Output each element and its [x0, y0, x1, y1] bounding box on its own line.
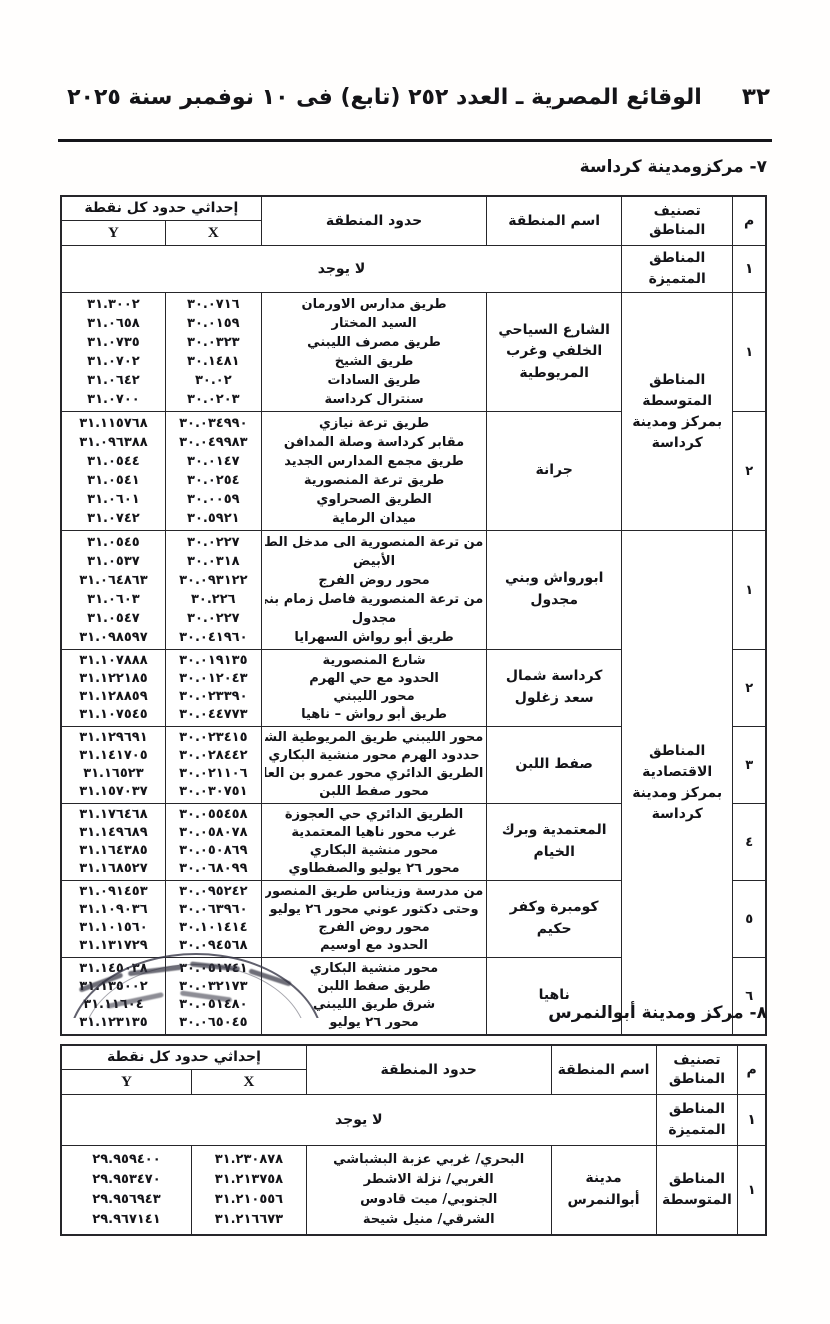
x-value: ٣٠.٠٣١٨ [169, 552, 258, 571]
row-number-cell: ١ [738, 1095, 766, 1146]
border-line: طريق مجمع المدارس الجديد [265, 452, 484, 471]
borders-cell: محور الليبني طريق المريوطية الشرقيحددود … [261, 727, 487, 804]
border-line: الجنوبي/ ميت قادوس [310, 1190, 548, 1210]
x-value: ٣٠.٠٥٨٠٧٨ [169, 824, 258, 842]
y-coordinates-cell: ٢٩.٩٥٩٤٠٠٢٩.٩٥٣٤٧٠٢٩.٩٥٦٩٤٣٢٩.٩٦٧١٤١ [61, 1146, 191, 1236]
borders-header: حدود المنطقة [306, 1045, 551, 1095]
x-value: ٣٠.١٤٨١ [169, 352, 258, 371]
y-value: ٣١.٠٥٤١ [65, 471, 162, 490]
coords-header: إحداثي حدود كل نقطة [61, 196, 261, 220]
table-row: ١المناطق المتوسطةمدينة أبوالنمرسالبحري/ … [61, 1146, 766, 1236]
y-value: ٣١.١٦٥٢٣ [65, 765, 162, 783]
borders-cell: من ترعة المنصورية الى مدخل الطريقالأبيضم… [261, 531, 487, 650]
y-value: ٣١.١٥٧٠٣٧ [65, 783, 162, 801]
row-number-cell: ١ [738, 1146, 766, 1236]
x-value: ٣٠.٠٣٤٩٩٠ [169, 414, 258, 433]
x-value: ٣٠.٢٢٦ [169, 590, 258, 609]
x-value: ٣٠.٥٩٢١ [169, 509, 258, 528]
table-row: ١المناطق المتميزةلا يوجد [61, 246, 766, 293]
y-value: ٣١.٠٦٤٢ [65, 371, 162, 390]
y-value: ٣١.٠٥٤٥ [65, 533, 162, 552]
x-value: ٣١.٢١٣٧٥٨ [195, 1170, 303, 1190]
x-coordinates-cell: ٣٠.٠٢٣٤١٥٣٠.٠٢٨٤٤٢٣٠.٠٢١١٠٦٣٠.٠٣٠٧٥١ [165, 727, 261, 804]
y-value: ٢٩.٩٥٣٤٧٠ [65, 1170, 188, 1190]
y-coordinates-cell: ٣١.١١٥٧٦٨٣١.٠٩٦٣٨٨٣١.٠٥٤٤٣١.٠٥٤١٣١.٠٦٠١٣… [61, 412, 165, 531]
x-coordinates-cell: ٣٠.٠٢٢٧٣٠.٠٣١٨٣٠.٠٩٣١٢٢٣٠.٢٢٦٣٠.٠٢٢٧٣٠.٠… [165, 531, 261, 650]
x-value: ٣٠.٠٢٣٤١٥ [169, 729, 258, 747]
border-line: طريق صفط اللبن [265, 978, 484, 996]
y-value: ٣١.١٢٩٦٩١ [65, 729, 162, 747]
x-value: ٣٠.٠٥٥٤٥٨ [169, 806, 258, 824]
borders-cell: محور منشية البكاريطريق صفط اللبنشرق طريق… [261, 958, 487, 1036]
x-value: ٣٠.٠٩٤٥٦٨ [169, 937, 258, 955]
row-number-cell: ١ [733, 246, 766, 293]
x-coordinates-cell: ٣٠.٠٥١٧٤١٣٠.٠٣٢١٧٣٣٠.٠٥١٤٨٠٣٠.٠٦٥٠٤٥ [165, 958, 261, 1036]
borders-cell: من مدرسة وزيناس طريق المنصوريةوحتى دكتور… [261, 881, 487, 958]
border-line: الشرقي/ منيل شيحة [310, 1210, 548, 1230]
x-coordinates-cell: ٣٠.٠٥٥٤٥٨٣٠.٠٥٨٠٧٨٣٠.٠٥٠٨٦٩٣٠.٠٦٨٠٩٩ [165, 804, 261, 881]
y-coordinates-cell: ٣١.١٤٥٠٣٨٣١.١٣٥٠٠٢٣١.١١٦٠٤٣١.١٢٣١٣٥ [61, 958, 165, 1036]
page-header: ٣٢ الوقائع المصرية ـ العدد ٢٥٢ (تابع) فى… [63, 84, 770, 110]
classification-cell: المناطق المتوسطة بمركز ومدينة كرداسة [622, 293, 733, 531]
y-value: ٣١.١٢٨٨٥٩ [65, 688, 162, 706]
border-line: طريق ترعة المنصورية [265, 471, 484, 490]
y-value: ٣١.١٤٩٦٨٩ [65, 824, 162, 842]
x-value: ٣٠.٠٢٢٧ [169, 609, 258, 628]
area-name-cell: المعتمدية وبرك الخيام [487, 804, 622, 881]
x-value: ٣٠.٠٣٢١٧٣ [169, 978, 258, 996]
x-value: ٣٠.٠٢٢٧ [169, 533, 258, 552]
x-coordinates-cell: ٣٠.٠١٩١٣٥٣٠.٠١٢٠٤٣٣٠.٠٢٣٣٩٠٣٠.٠٤٤٧٧٣ [165, 650, 261, 727]
y-value: ٢٩.٩٦٧١٤١ [65, 1210, 188, 1230]
y-value: ٣١.٠٦٤٨٦٣ [65, 571, 162, 590]
borders-cell: شارع المنصوريةالحدود مع حي الهرممحور الل… [261, 650, 487, 727]
no-areas-cell: لا يوجد [61, 246, 622, 293]
y-value: ٣١.١٦٤٣٨٥ [65, 842, 162, 860]
border-line: شارع المنصورية [265, 652, 484, 670]
x-value: ٣٠.٠٤١٩٦٠ [169, 628, 258, 647]
x-value: ٣٠.٠٩٣١٢٢ [169, 571, 258, 590]
x-value: ٣٠.٠١٢٠٤٣ [169, 670, 258, 688]
area-name-header: اسم المنطقة [487, 196, 622, 246]
y-value: ٣١.١٦٨٥٢٧ [65, 860, 162, 878]
x-value: ٣٠.٠٢ [169, 371, 258, 390]
y-value: ٣١.١٤٥٠٣٨ [65, 960, 162, 978]
y-value: ٣١.٠٦٥٨ [65, 314, 162, 333]
border-line: سنترال كرداسة [265, 390, 484, 409]
borders-cell: البحري/ غربي عزبة البشباشيالغربي/ نزلة ا… [306, 1146, 551, 1236]
y-value: ٣١.١١٥٧٦٨ [65, 414, 162, 433]
y-value: ٣١.١٠٧٥٤٥ [65, 706, 162, 724]
area-name-cell: جرانة [487, 412, 622, 531]
x-value: ٣٠.٠٢٣٣٩٠ [169, 688, 258, 706]
border-line: حددود الهرم محور منشية البكاري [265, 747, 484, 765]
y-value: ٣١.٠٥٤٤ [65, 452, 162, 471]
border-line: مقابر كرداسة وصلة المدافن [265, 433, 484, 452]
border-line: الطريق الدائري حي العجوزة [265, 806, 484, 824]
border-line: طريق أبو رواش السهرايا [265, 628, 484, 647]
y-value: ٢٩.٩٥٩٤٠٠ [65, 1150, 188, 1170]
borders-cell: طريق ترعة نيازيمقابر كرداسة وصلة المدافن… [261, 412, 487, 531]
kerdasa-areas-table: متصنيف المناطقاسم المنطقةحدود المنطقةإحد… [60, 195, 767, 1036]
m-header: م [733, 196, 766, 246]
border-line: ميدان الرماية [265, 509, 484, 528]
y-value: ٣١.١٣٥٠٠٢ [65, 978, 162, 996]
y-value: ٣١.١٢٣١٣٥ [65, 1014, 162, 1032]
area-name-cell: ناهيا [487, 958, 622, 1036]
border-line: من ترعة المنصورية فاصل زمام بني [265, 590, 484, 609]
x-value: ٣٠.٠٣٠٧٥١ [169, 783, 258, 801]
border-line: محور روض الفرج [265, 919, 484, 937]
x-value: ٣٠.٠٥١٤٨٠ [169, 996, 258, 1014]
no-areas-cell: لا يوجد [61, 1095, 656, 1146]
y-value: ٣١.٠٧٤٢ [65, 509, 162, 528]
border-line: طريق مدارس الاورمان [265, 295, 484, 314]
border-line: محور ٢٦ يوليو والصفطاوي [265, 860, 484, 878]
x-coordinates-cell: ٣١.٢٣٠٨٧٨٣١.٢١٣٧٥٨٣١.٢١٠٥٥٦٣١.٢١٦٦٧٣ [191, 1146, 306, 1236]
x-value: ٣٠.٠٦٥٠٤٥ [169, 1014, 258, 1032]
page-number: ٣٢ [742, 84, 770, 110]
x-coordinates-cell: ٣٠.٠٩٥٢٤٢٣٠.٠٦٣٩٦٠٣٠.١٠١٤١٤٣٠.٠٩٤٥٦٨ [165, 881, 261, 958]
x-value: ٣٠.٠٦٨٠٩٩ [169, 860, 258, 878]
border-line: مجدول [265, 609, 484, 628]
x-value: ٣١.٢١٠٥٥٦ [195, 1190, 303, 1210]
classification-header: تصنيف المناطق [622, 196, 733, 246]
x-value: ٣٠.٠١٤٧ [169, 452, 258, 471]
y-value: ٣١.١١٦٠٤ [65, 996, 162, 1014]
border-line: الأبيض [265, 552, 484, 571]
x-coordinates-cell: ٣٠.٠٣٤٩٩٠٣٠.٠٤٩٩٨٣٣٠.٠١٤٧٣٠.٠٢٥٤٣٠.٠٠٥٩٣… [165, 412, 261, 531]
borders-cell: طريق مدارس الاورمانالسيد المختارطريق مصر… [261, 293, 487, 412]
row-number-cell: ٢ [733, 650, 766, 727]
row-number-cell: ١ [733, 293, 766, 412]
y-value: ٣١.١٤١٧٠٥ [65, 747, 162, 765]
area-name-cell: صفط اللبن [487, 727, 622, 804]
area-name-cell: مدينة أبوالنمرس [551, 1146, 656, 1236]
m-header: م [738, 1045, 766, 1095]
x-coordinates-cell: ٣٠.٠٧١٦٣٠.٠١٥٩٣٠.٠٣٢٣٣٠.١٤٨١٣٠.٠٢٣٠.٠٢٠٣ [165, 293, 261, 412]
y-value: ٣١.٠٧٠٢ [65, 352, 162, 371]
border-line: وحتى دكتور عوني محور ٢٦ يوليو [265, 901, 484, 919]
table-row: ١المناطق المتميزةلا يوجد [61, 1095, 766, 1146]
y-value: ٣١.٠٦٠١ [65, 490, 162, 509]
y-value: ٣١.١٢٢١٨٥ [65, 670, 162, 688]
x-value: ٣٠.٠٢١١٠٦ [169, 765, 258, 783]
gazette-page: ٣٢ الوقائع المصرية ـ العدد ٢٥٢ (تابع) فى… [0, 0, 830, 1324]
x-value: ٣٠.٠٥١٧٤١ [169, 960, 258, 978]
x-value: ٣١.٢٣٠٨٧٨ [195, 1150, 303, 1170]
y-value: ٣١.٠٦٠٣ [65, 590, 162, 609]
border-line: محور منشية البكاري [265, 842, 484, 860]
border-line: الغربي/ نزلة الاشطر [310, 1170, 548, 1190]
classification-cell: المناطق المتميزة [656, 1095, 738, 1146]
border-line: طريق مصرف الليبني [265, 333, 484, 352]
x-value: ٣١.٢١٦٦٧٣ [195, 1210, 303, 1230]
border-line: محور الليبني طريق المريوطية الشرقي [265, 729, 484, 747]
y-coordinates-cell: ٣١.٣٠٠٢٣١.٠٦٥٨٣١.٠٧٣٥٣١.٠٧٠٢٣١.٠٦٤٢٣١.٠٧… [61, 293, 165, 412]
x-header: X [191, 1069, 306, 1094]
border-line: الحدود مع اوسيم [265, 937, 484, 955]
gazette-title: الوقائع المصرية ـ العدد ٢٥٢ (تابع) فى ١٠… [63, 85, 706, 110]
x-value: ٣٠.٠١٩١٣٥ [169, 652, 258, 670]
border-line: طريق السادات [265, 371, 484, 390]
row-number-cell: ٢ [733, 412, 766, 531]
row-number-cell: ٤ [733, 804, 766, 881]
area-name-cell: كومبرة وكفر حكيم [487, 881, 622, 958]
border-line: طريق الشيخ [265, 352, 484, 371]
y-coordinates-cell: ٣١.١٠٧٨٨٨٣١.١٢٢١٨٥٣١.١٢٨٨٥٩٣١.١٠٧٥٤٥ [61, 650, 165, 727]
x-value: ٣٠.١٠١٤١٤ [169, 919, 258, 937]
row-number-cell: ٥ [733, 881, 766, 958]
border-line: من مدرسة وزيناس طريق المنصورية [265, 883, 484, 901]
row-number-cell: ٣ [733, 727, 766, 804]
x-header: X [165, 220, 261, 245]
table-row: ١المناطق الاقتصادية بمركز ومدينة كرداسةا… [61, 531, 766, 650]
border-line: شرق طريق الليبني [265, 996, 484, 1014]
y-coordinates-cell: ٣١.٠٩١٤٥٣٣١.١٠٩٠٣٦٣١.١٠١٥٦٠٣١.١٣١٧٢٩ [61, 881, 165, 958]
y-value: ٣١.٠٩٨٥٩٧ [65, 628, 162, 647]
abo-elnomros-areas-table: متصنيف المناطقاسم المنطقةحدود المنطقةإحد… [60, 1044, 767, 1236]
borders-header: حدود المنطقة [261, 196, 487, 246]
x-value: ٣٠.٠٢٥٤ [169, 471, 258, 490]
classification-header: تصنيف المناطق [656, 1045, 738, 1095]
row-number-cell: ١ [733, 531, 766, 650]
y-value: ٣١.٣٠٠٢ [65, 295, 162, 314]
border-line: من ترعة المنصورية الى مدخل الطريق [265, 533, 484, 552]
area-name-header: اسم المنطقة [551, 1045, 656, 1095]
y-value: ٣١.٠٧٣٥ [65, 333, 162, 352]
y-coordinates-cell: ٣١.١٧٦٤٦٨٣١.١٤٩٦٨٩٣١.١٦٤٣٨٥٣١.١٦٨٥٢٧ [61, 804, 165, 881]
border-line: محور منشية البكاري [265, 960, 484, 978]
x-value: ٣٠.٠٥٠٨٦٩ [169, 842, 258, 860]
x-value: ٣٠.٠٩٥٢٤٢ [169, 883, 258, 901]
y-value: ٣١.١٠٩٠٣٦ [65, 901, 162, 919]
x-value: ٣٠.٠١٥٩ [169, 314, 258, 333]
border-line: طريق ترعة نيازي [265, 414, 484, 433]
x-value: ٣٠.٠٣٢٣ [169, 333, 258, 352]
y-value: ٣١.٠٥٣٧ [65, 552, 162, 571]
header-rule [58, 139, 772, 142]
classification-cell: المناطق الاقتصادية بمركز ومدينة كرداسة [622, 531, 733, 1036]
x-value: ٣٠.٠٤٤٧٧٣ [169, 706, 258, 724]
y-value: ٣١.١٧٦٤٦٨ [65, 806, 162, 824]
y-header: Y [61, 1069, 191, 1094]
y-value: ٣١.٠٩٦٣٨٨ [65, 433, 162, 452]
border-line: محور ٢٦ يوليو [265, 1014, 484, 1032]
y-value: ٣١.٠٩١٤٥٣ [65, 883, 162, 901]
y-value: ٣١.٠٥٤٧ [65, 609, 162, 628]
area-name-cell: كرداسة شمال سعد زغلول [487, 650, 622, 727]
y-value: ٢٩.٩٥٦٩٤٣ [65, 1190, 188, 1210]
y-value: ٣١.٠٧٠٠ [65, 390, 162, 409]
y-value: ٣١.١٠١٥٦٠ [65, 919, 162, 937]
border-line: محور صفط اللبن [265, 783, 484, 801]
section-8-title: ٨- مركز ومدينة أبوالنمرس [548, 1003, 767, 1023]
coords-header: إحداثي حدود كل نقطة [61, 1045, 306, 1069]
x-value: ٣٠.٠٠٥٩ [169, 490, 258, 509]
border-line: السيد المختار [265, 314, 484, 333]
area-name-cell: ابورواش وبني مجدول [487, 531, 622, 650]
x-value: ٣٠.٠٢٠٣ [169, 390, 258, 409]
border-line: محور روض الفرج [265, 571, 484, 590]
borders-cell: الطريق الدائري حي العجوزةغرب محور ناهيا … [261, 804, 487, 881]
y-coordinates-cell: ٣١.١٢٩٦٩١٣١.١٤١٧٠٥٣١.١٦٥٢٣٣١.١٥٧٠٣٧ [61, 727, 165, 804]
classification-cell: المناطق المتوسطة [656, 1146, 738, 1236]
x-value: ٣٠.٠٧١٦ [169, 295, 258, 314]
area-name-cell: الشارع السياحي الخلفي وغرب المريوطية [487, 293, 622, 412]
section-7-title: ٧- مركزومدينة كرداسة [580, 157, 767, 177]
x-value: ٣٠.٠٤٩٩٨٣ [169, 433, 258, 452]
x-value: ٣٠.٠٦٣٩٦٠ [169, 901, 258, 919]
y-coordinates-cell: ٣١.٠٥٤٥٣١.٠٥٣٧٣١.٠٦٤٨٦٣٣١.٠٦٠٣٣١.٠٥٤٧٣١.… [61, 531, 165, 650]
classification-cell: المناطق المتميزة [622, 246, 733, 293]
y-value: ٣١.١٠٧٨٨٨ [65, 652, 162, 670]
y-header: Y [61, 220, 165, 245]
border-line: الحدود مع حي الهرم [265, 670, 484, 688]
row-number-cell: ٦ [733, 958, 766, 1036]
table-row: ١المناطق المتوسطة بمركز ومدينة كرداسةالش… [61, 293, 766, 412]
border-line: البحري/ غربي عزبة البشباشي [310, 1150, 548, 1170]
border-line: طريق أبو رواش – ناهيا [265, 706, 484, 724]
border-line: الطريق الصحراوي [265, 490, 484, 509]
border-line: الطريق الدائري محور عمرو بن العاص [265, 765, 484, 783]
y-value: ٣١.١٣١٧٢٩ [65, 937, 162, 955]
border-line: غرب محور ناهيا المعتمدية [265, 824, 484, 842]
border-line: محور الليبني [265, 688, 484, 706]
x-value: ٣٠.٠٢٨٤٤٢ [169, 747, 258, 765]
